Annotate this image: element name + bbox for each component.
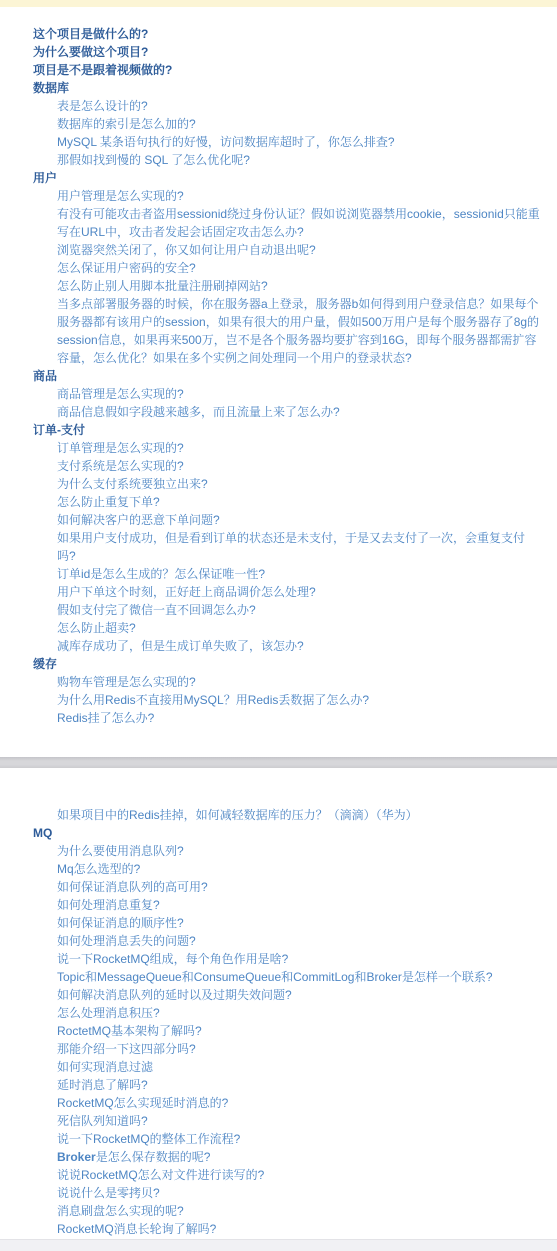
outline-question: 表是怎么设计的? — [33, 97, 541, 115]
outline-question: Broker是怎么保存数据的呢? — [33, 1148, 541, 1166]
outline-question: 减库存成功了，但是生成订单失败了，该怎办? — [33, 637, 541, 655]
outline-question: 如何处理消息丢失的问题? — [33, 932, 541, 950]
outline-question: 说一下RocketMQ的整体工作流程? — [33, 1130, 541, 1148]
outline-question: 死信队列知道吗? — [33, 1112, 541, 1130]
outline-question: 为什么用Redis不直接用MySQL？用Redis丢数据了怎么办? — [33, 691, 541, 709]
outline-question: 说说什么是零拷贝? — [33, 1184, 541, 1202]
outline-question: 怎么保证用户密码的安全? — [33, 259, 541, 277]
outline-question: 那假如找到慢的 SQL 了怎么优化呢? — [33, 151, 541, 169]
outline-question: 为什么要使用消息队列? — [33, 842, 541, 860]
outline-heading: 缓存 — [33, 655, 541, 673]
outline-question: 消息刷盘怎么实现的呢? — [33, 1202, 541, 1220]
outline-question: 怎么防止重复下单? — [33, 493, 541, 511]
outline-heading: MQ — [33, 824, 541, 842]
outline-question: 怎么防止超卖? — [33, 619, 541, 637]
bottom-strip — [0, 1239, 557, 1251]
outline-question: Mq怎么选型的? — [33, 860, 541, 878]
outline-question: 购物车管理是怎么实现的? — [33, 673, 541, 691]
outline-question: 用户管理是怎么实现的? — [33, 187, 541, 205]
outline-question: 如何处理消息重复? — [33, 896, 541, 914]
outline-question: RoctetMQ基本架构了解吗? — [33, 1022, 541, 1040]
outline-question: 订单id是怎么生成的？怎么保证唯一性? — [33, 565, 541, 583]
outline-question: 商品管理是怎么实现的? — [33, 385, 541, 403]
outline-heading: 商品 — [33, 367, 541, 385]
top-strip — [0, 0, 557, 7]
outline-question: Redis挂了怎么办? — [33, 709, 541, 727]
outline-heading: 项目是不是跟着视频做的? — [33, 61, 541, 79]
outline-question: 说说RocketMQ怎么对文件进行读写的? — [33, 1166, 541, 1184]
outline-question: RocketMQ消息长轮询了解吗? — [33, 1220, 541, 1238]
document-page-1: 这个项目是做什么的?为什么要做这个项目?项目是不是跟着视频做的?数据库表是怎么设… — [0, 7, 557, 757]
outline-heading: 数据库 — [33, 79, 541, 97]
outline-question: 如何保证消息队列的高可用? — [33, 878, 541, 896]
outline-question: 如何解决客户的恶意下单问题? — [33, 511, 541, 529]
outline-question: 如何解决消息队列的延时以及过期失效问题? — [33, 986, 541, 1004]
outline-question: 用户下单这个时刻，正好赶上商品调价怎么处理? — [33, 583, 541, 601]
outline-question: MySQL 某条语句执行的好慢，访问数据库超时了，你怎么排查? — [33, 133, 541, 151]
outline-question: 如何实现消息过滤 — [33, 1058, 541, 1076]
outline-question: 有没有可能攻击者盗用sessionid绕过身份认证？假如说浏览器禁用cookie… — [33, 205, 541, 241]
outline-heading: 用户 — [33, 169, 541, 187]
outline-question: 如果用户支付成功，但是看到订单的状态还是未支付，于是又去支付了一次，会重复支付吗… — [33, 529, 541, 565]
outline-question: 怎么防止别人用脚本批量注册刷掉网站? — [33, 277, 541, 295]
outline-heading: 为什么要做这个项目? — [33, 43, 541, 61]
outline-question: 那能介绍一下这四部分吗? — [33, 1040, 541, 1058]
outline-question: 假如支付完了微信一直不回调怎么办? — [33, 601, 541, 619]
outline-question: 为什么支付系统要独立出来? — [33, 475, 541, 493]
document-page-2: 如果项目中的Redis挂掉，如何减轻数据库的压力？（滴滴）（华为）MQ为什么要使… — [0, 768, 557, 1239]
outline-question: 数据库的索引是怎么加的? — [33, 115, 541, 133]
outline-heading: 订单-支付 — [33, 421, 541, 439]
outline-question: Topic和MessageQueue和ConsumeQueue和CommitLo… — [33, 968, 541, 986]
outline-question: 当多点部署服务器的时候，你在服务器a上登录，服务器b如何得到用户登录信息？如果每… — [33, 295, 541, 367]
outline-question: 支付系统是怎么实现的? — [33, 457, 541, 475]
page-gap-separator — [0, 757, 557, 768]
outline-question: 延时消息了解吗? — [33, 1076, 541, 1094]
outline-question: 说一下RocketMQ组成，每个角色作用是啥? — [33, 950, 541, 968]
outline-question: 订单管理是怎么实现的? — [33, 439, 541, 457]
outline-question: 商品信息假如字段越来越多，而且流量上来了怎么办? — [33, 403, 541, 421]
outline-heading: 这个项目是做什么的? — [33, 25, 541, 43]
outline-question: 如何保证消息的顺序性? — [33, 914, 541, 932]
outline-question: 浏览器突然关闭了，你又如何让用户自动退出呢? — [33, 241, 541, 259]
outline-question: 如果项目中的Redis挂掉，如何减轻数据库的压力？（滴滴）（华为） — [33, 806, 541, 824]
outline-question: RocketMQ怎么实现延时消息的? — [33, 1094, 541, 1112]
outline-question: 怎么处理消息积压? — [33, 1004, 541, 1022]
